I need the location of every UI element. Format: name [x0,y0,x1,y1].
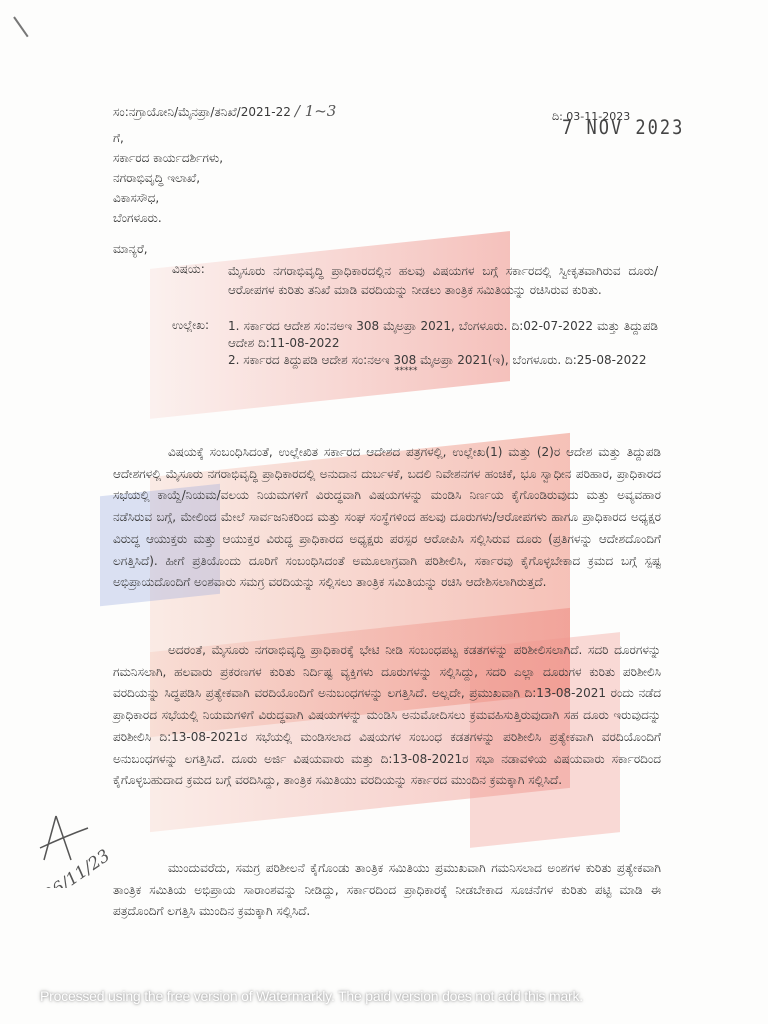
references-label: ಉಲ್ಲೇಖ: [172,318,228,333]
addressee-line: ಬೆಂಗಳೂರು. [113,208,223,228]
separator: ***** [395,366,418,376]
reference-item: 1. ಸರ್ಕಾರದ ಆದೇಶ ಸಂ:ನಅಇ 308 ಮೈಅಪ್ರಾ 2021,… [228,318,658,352]
subject-block: ವಿಷಯ:ಮೈಸೂರು ನಗರಾಭಿವೃದ್ಧಿ ಪ್ರಾಧಿಕಾರದಲ್ಲಿನ… [172,262,672,300]
reference-number: ಸಂ:ನಗ್ರಾಯೋನಿ/ಮೈನಪ್ರಾ/ತನಿಖೆ/2021-22/ 1~3 [113,102,336,120]
received-stamp: 7 NOV 2023 [562,117,684,140]
reference-item: 2. ಸರ್ಕಾರದ ತಿದ್ದುಪಡಿ ಆದೇಶ ಸಂ:ನಅಇ 308 ಮೈಅ… [228,352,658,369]
addressee-line: ವಿಕಾಸಸೌಧ, [113,188,223,208]
scan-mark [13,16,28,37]
addressee-line: ಸರ್ಕಾರದ ಕಾರ್ಯದರ್ಶಿಗಳು, [113,148,223,168]
subject-text: ಮೈಸೂರು ನಗರಾಭಿವೃದ್ಧಿ ಪ್ರಾಧಿಕಾರದಲ್ಲಿನ ಹಲವು… [228,262,658,300]
body-paragraph: ವಿಷಯಕ್ಕೆ ಸಂಬಂಧಿಸಿದಂತೆ, ಉಲ್ಲೇಖಿತ ಸರ್ಕಾರದ … [113,442,661,594]
body-paragraph: ಮುಂದುವರೆದು, ಸಮಗ್ರ ಪರಿಶೀಲನೆ ಕೈಗೊಂಡು ತಾಂತ್… [113,858,661,923]
subject-label: ವಿಷಯ: [172,262,228,277]
reference-number-text: ಸಂ:ನಗ್ರಾಯೋನಿ/ಮೈನಪ್ರಾ/ತನಿಖೆ/2021-22 [113,105,291,119]
body-paragraph: ಅದರಂತೆ, ಮೈಸೂರು ನಗರಾಭಿವೃದ್ಧಿ ಪ್ರಾಧಿಕಾರಕ್ಕ… [113,640,661,792]
references-list: 1. ಸರ್ಕಾರದ ಆದೇಶ ಸಂ:ನಅಇ 308 ಮೈಅಪ್ರಾ 2021,… [228,318,658,369]
handwritten-reference: / 1~3 [295,102,336,120]
addressee-to: ಗೆ, [113,128,223,148]
addressee-block: ಗೆ, ಸರ್ಕಾರದ ಕಾರ್ಯದರ್ಶಿಗಳು, ನಗರಾಭಿವೃದ್ಧಿ … [113,128,223,228]
handwritten-signature: 06/11/23 [26,798,146,888]
references-block: ಉಲ್ಲೇಖ: 1. ಸರ್ಕಾರದ ಆದೇಶ ಸಂ:ನಅಇ 308 ಮೈಅಪ್… [172,318,672,369]
watermark-notice: Processed using the free version of Wate… [40,988,583,1004]
salutation: ಮಾನ್ಯರೆ, [113,242,148,257]
addressee-line: ನಗರಾಭಿವೃದ್ಧಿ ಇಲಾಖೆ, [113,168,223,188]
signature-date: 06/11/23 [40,846,114,888]
